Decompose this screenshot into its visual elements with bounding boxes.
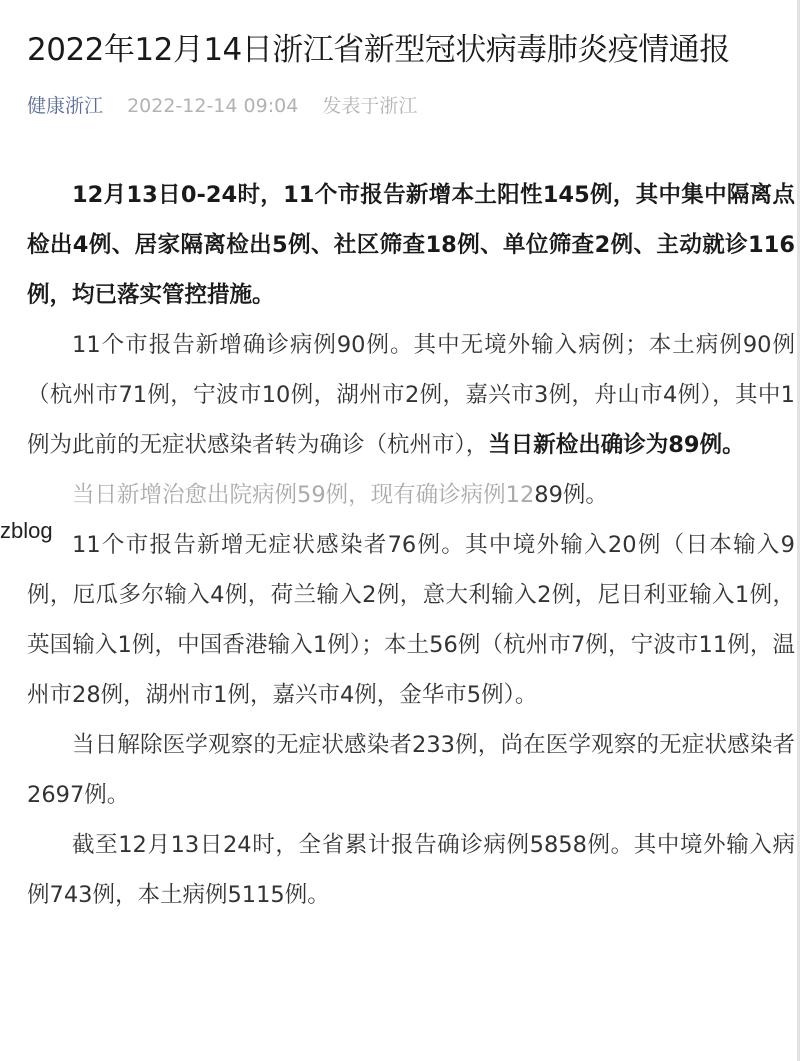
publish-datetime: 2022-12-14 09:04 <box>127 95 298 117</box>
watermark-text: zblog <box>0 517 53 545</box>
publish-location: 发表于浙江 <box>322 95 417 117</box>
paragraph-medical-observation: 当日解除医学观察的无症状感染者233例，尚在医学观察的无症状感染者2697例。 <box>27 720 795 820</box>
article-meta: 健康浙江 2022-12-14 09:04 发表于浙江 <box>27 92 417 120</box>
article-title: 2022年12月14日浙江省新型冠状病毒肺炎疫情通报 <box>27 28 797 72</box>
paragraph-asymptomatic: 11个市报告新增无症状感染者76例。其中境外输入20例（日本输入9例，厄瓜多尔输… <box>27 520 795 720</box>
article-body: 12月13日0-24时，11个市报告新增本土阳性145例，其中集中隔离点检出4例… <box>27 170 795 920</box>
account-name-link[interactable]: 健康浙江 <box>27 95 103 117</box>
paragraph-text-faded: 当日新增治愈出院病例59例，现有确诊病例12 <box>72 482 534 508</box>
new-confirmed-highlight: 当日新检出确诊为89例。 <box>488 432 744 458</box>
paragraph-new-confirmed: 11个市报告新增确诊病例90例。其中无境外输入病例；本土病例90例（杭州市71例… <box>27 320 795 470</box>
paragraph-text-tail: 89例。 <box>534 482 608 508</box>
paragraph-local-positive-summary: 12月13日0-24时，11个市报告新增本土阳性145例，其中集中隔离点检出4例… <box>27 170 795 320</box>
paragraph-recovered: 当日新增治愈出院病例59例，现有确诊病例1289例。 <box>27 470 795 520</box>
paragraph-cumulative: 截至12月13日24时，全省累计报告确诊病例5858例。其中境外输入病例743例… <box>27 820 795 920</box>
